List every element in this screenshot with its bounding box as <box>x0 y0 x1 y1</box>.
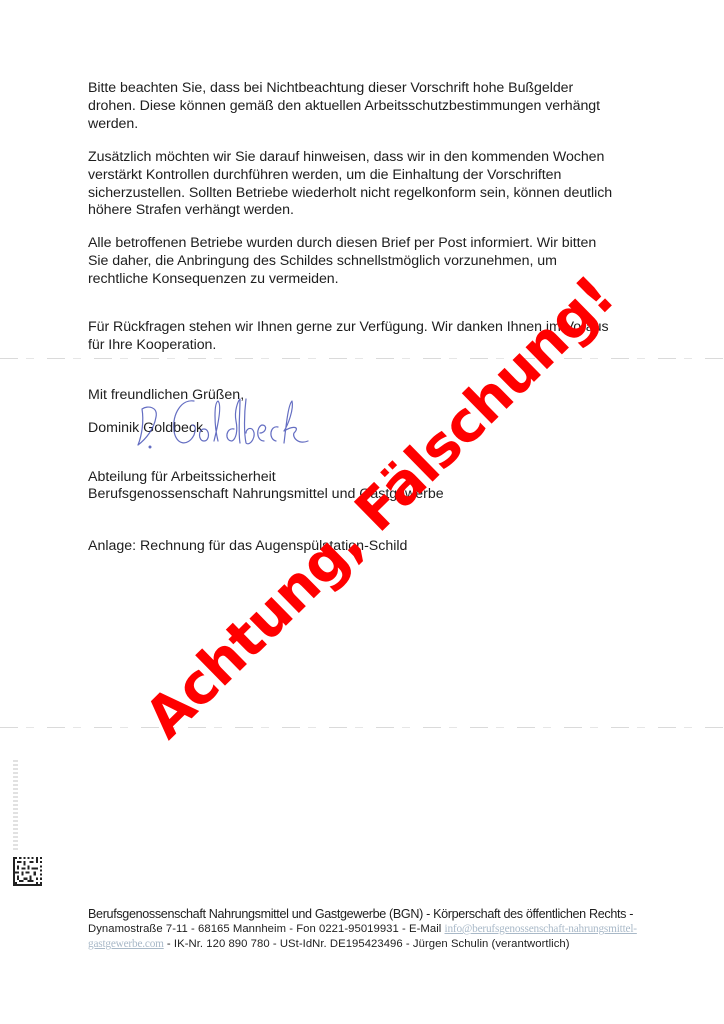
text-line: drohen. Diese können gemäß den aktuellen… <box>88 98 648 116</box>
text-line: verstärkt Kontrollen durchführen werden,… <box>88 167 648 185</box>
vertical-serial-code <box>13 760 18 852</box>
text-line: Alle betroffenen Betriebe wurden durch d… <box>88 235 648 253</box>
text-line: höhere Strafen verhängt werden. <box>88 202 648 220</box>
signer-name: Dominik Goldbeck <box>88 420 203 438</box>
footer-organization-line: Berufsgenossenschaft Nahrungsmittel und … <box>88 907 648 922</box>
footer-address-line: Dynamostraße 7-11 - 68165 Mannheim - Fon… <box>88 922 648 937</box>
text-line: Zusätzlich möchten wir Sie darauf hinwei… <box>88 149 648 167</box>
paragraph-contact: Für Rückfragen stehen wir Ihnen gerne zu… <box>88 319 648 355</box>
scan-fold-line <box>0 358 724 359</box>
paragraph-inspections: Zusätzlich möchten wir Sie darauf hinwei… <box>88 149 648 220</box>
paragraph-fines-warning: Bitte beachten Sie, dass bei Nichtbeacht… <box>88 80 648 133</box>
footer-address: Dynamostraße 7-11 - 68165 Mannheim - Fon… <box>88 923 445 935</box>
data-matrix-barcode-icon <box>13 857 42 886</box>
footer-imprint: Berufsgenossenschaft Nahrungsmittel und … <box>88 907 648 952</box>
department: Abteilung für Arbeitssicherheit <box>88 469 276 487</box>
email-link-continuation[interactable]: gastgewerbe.com <box>88 938 164 950</box>
paragraph-notification: Alle betroffenen Betriebe wurden durch d… <box>88 235 648 288</box>
text-line: werden. <box>88 116 648 134</box>
organization: Berufsgenossenschaft Nahrungsmittel und … <box>88 486 444 504</box>
footer-registration: - IK-Nr. 120 890 780 - USt-IdNr. DE19542… <box>164 938 570 950</box>
text-line: Für Rückfragen stehen wir Ihnen gerne zu… <box>88 319 648 337</box>
text-line: rechtliche Konsequenzen zu vermeiden. <box>88 271 648 289</box>
attachment-note: Anlage: Rechnung für das Augenspülstatio… <box>88 538 407 556</box>
footer-registration-line: gastgewerbe.com - IK-Nr. 120 890 780 - U… <box>88 937 648 952</box>
text-line: für Ihre Kooperation. <box>88 337 648 355</box>
scan-fold-line <box>0 727 724 728</box>
text-line: sicherzustellen. Sollten Betriebe wieder… <box>88 185 648 203</box>
text-line: Sie daher, die Anbringung des Schildes s… <box>88 253 648 271</box>
text-line: Bitte beachten Sie, dass bei Nichtbeacht… <box>88 80 648 98</box>
email-link[interactable]: info@berufsgenossenschaft-nahrungsmittel… <box>445 923 637 935</box>
closing-greeting: Mit freundlichen Grüßen, <box>88 387 244 405</box>
